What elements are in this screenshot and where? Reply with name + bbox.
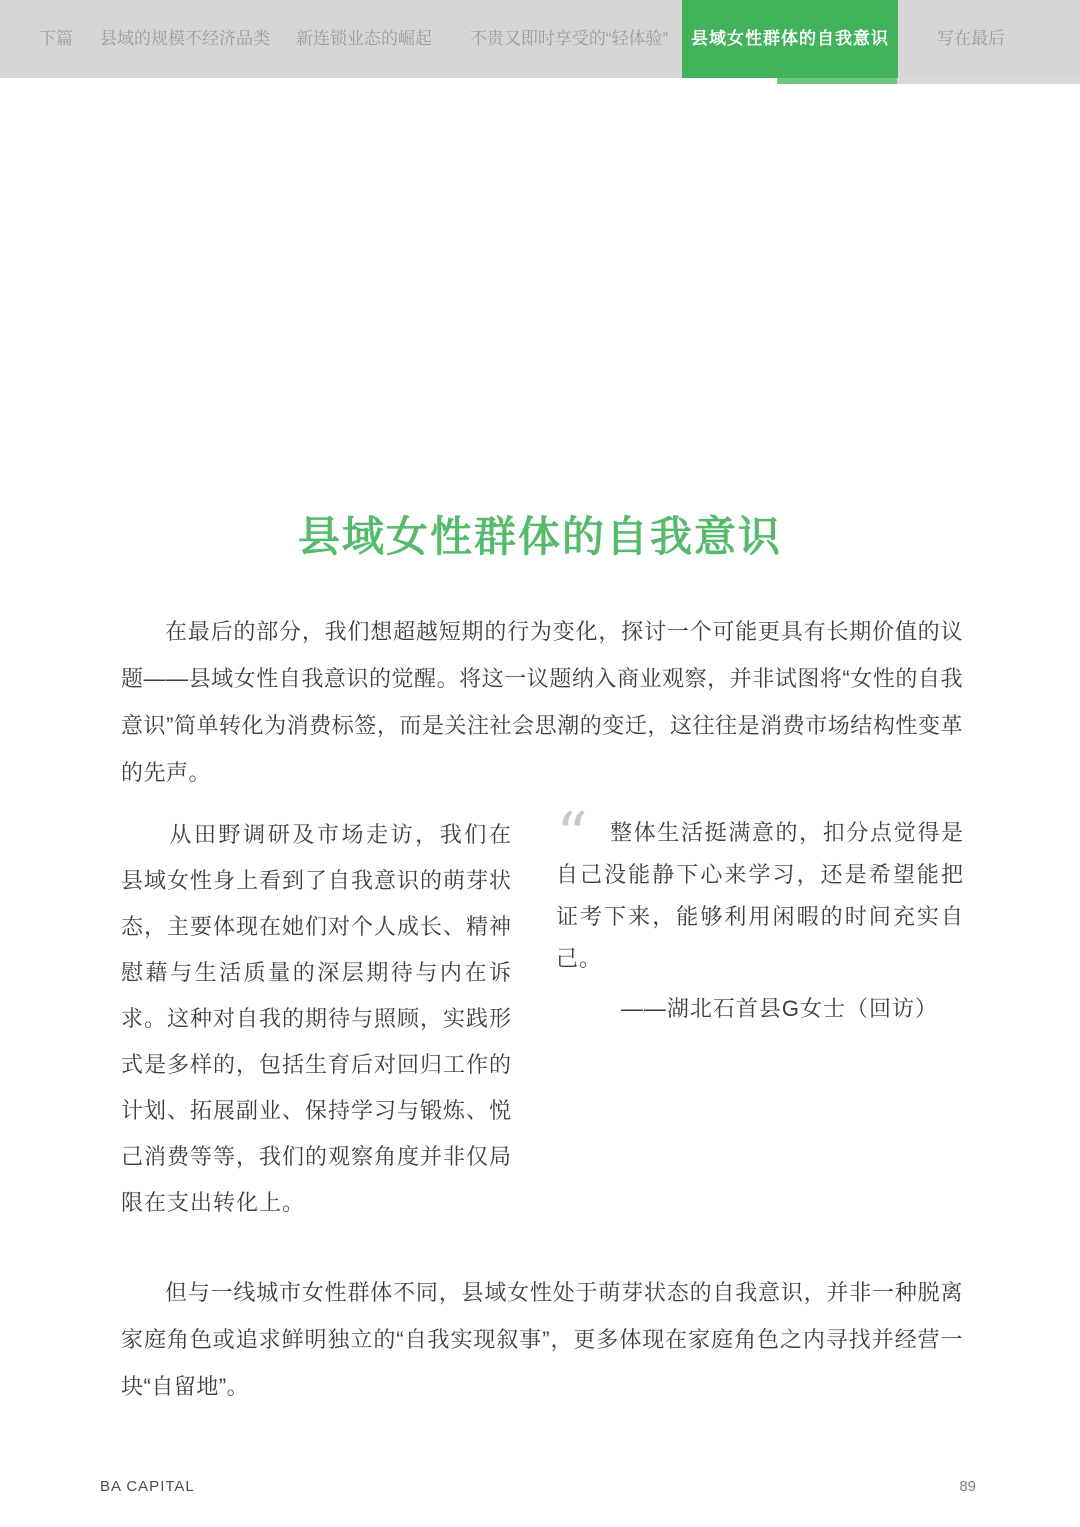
closing-paragraph: 但与一线城市女性群体不同，县域女性处于萌芽状态的自我意识，并非一种脱离家庭角色或… bbox=[121, 1269, 963, 1410]
quote-icon: “ bbox=[556, 812, 588, 858]
footer-brand: BA CAPITAL bbox=[100, 1478, 195, 1495]
left-column-paragraph: 从田野调研及市场走访，我们在县域女性身上看到了自我意识的萌芽状态，主要体现在她们… bbox=[121, 812, 512, 1226]
nav-tab[interactable]: 写在最后 bbox=[937, 0, 1005, 78]
nav-tab-active[interactable]: 县域女性群体的自我意识 bbox=[682, 0, 898, 78]
active-tab-underhang bbox=[777, 78, 897, 84]
nav-tab[interactable]: 新连锁业态的崛起 bbox=[296, 0, 432, 78]
nav-tab[interactable]: 不贵又即时享受的“轻体验” bbox=[470, 0, 668, 78]
quote-attribution: ——湖北石首县G女士（回访） bbox=[556, 992, 964, 1023]
page-title: 县域女性群体的自我意识 bbox=[0, 504, 1080, 564]
page-number: 89 bbox=[959, 1478, 976, 1495]
top-nav-bar: 下篇 县域的规模不经济品类 新连锁业态的崛起 不贵又即时享受的“轻体验” 县域女… bbox=[0, 0, 1080, 78]
nav-tab[interactable]: 县域的规模不经济品类 bbox=[100, 0, 270, 78]
quote-text: 整体生活挺满意的，扣分点觉得是自己没能静下心来学习，还是希望能把证考下来，能够利… bbox=[556, 812, 964, 980]
intro-paragraph: 在最后的部分，我们想超越短期的行为变化，探讨一个可能更具有长期价值的议题——县域… bbox=[121, 608, 963, 796]
quote-block: “ 整体生活挺满意的，扣分点觉得是自己没能静下心来学习，还是希望能把证考下来，能… bbox=[556, 812, 964, 1023]
nav-bar-underhang bbox=[897, 78, 1080, 84]
nav-tab[interactable]: 下篇 bbox=[39, 0, 73, 78]
